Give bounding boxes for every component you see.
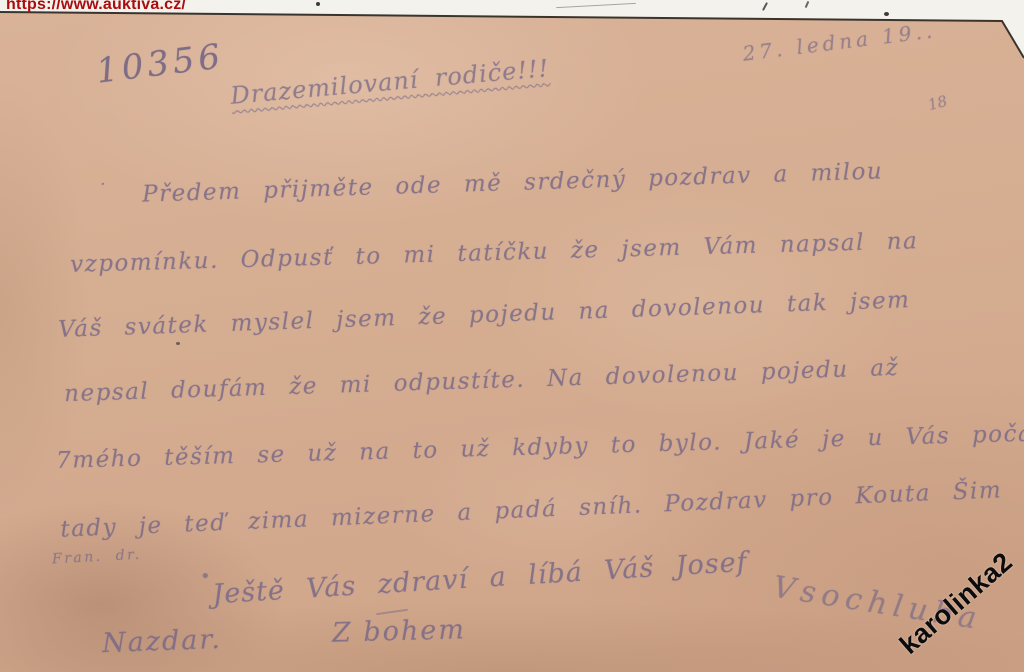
farewell-sbohem: Z bohem [332, 614, 467, 648]
auction-site-url-watermark: https://www.auktiva.cz/ [6, 0, 186, 14]
scanned-postcard-image: https://www.auktiva.cz/ karolinka2 10356… [0, 0, 1024, 672]
closing-bullet-dot: • [200, 566, 211, 587]
margin-ink-dot: · [100, 174, 106, 195]
scan-speck [884, 12, 889, 16]
scan-speck [316, 2, 320, 6]
farewell-nazdar: Nazdar. [101, 624, 222, 659]
ink-speck [176, 342, 180, 345]
